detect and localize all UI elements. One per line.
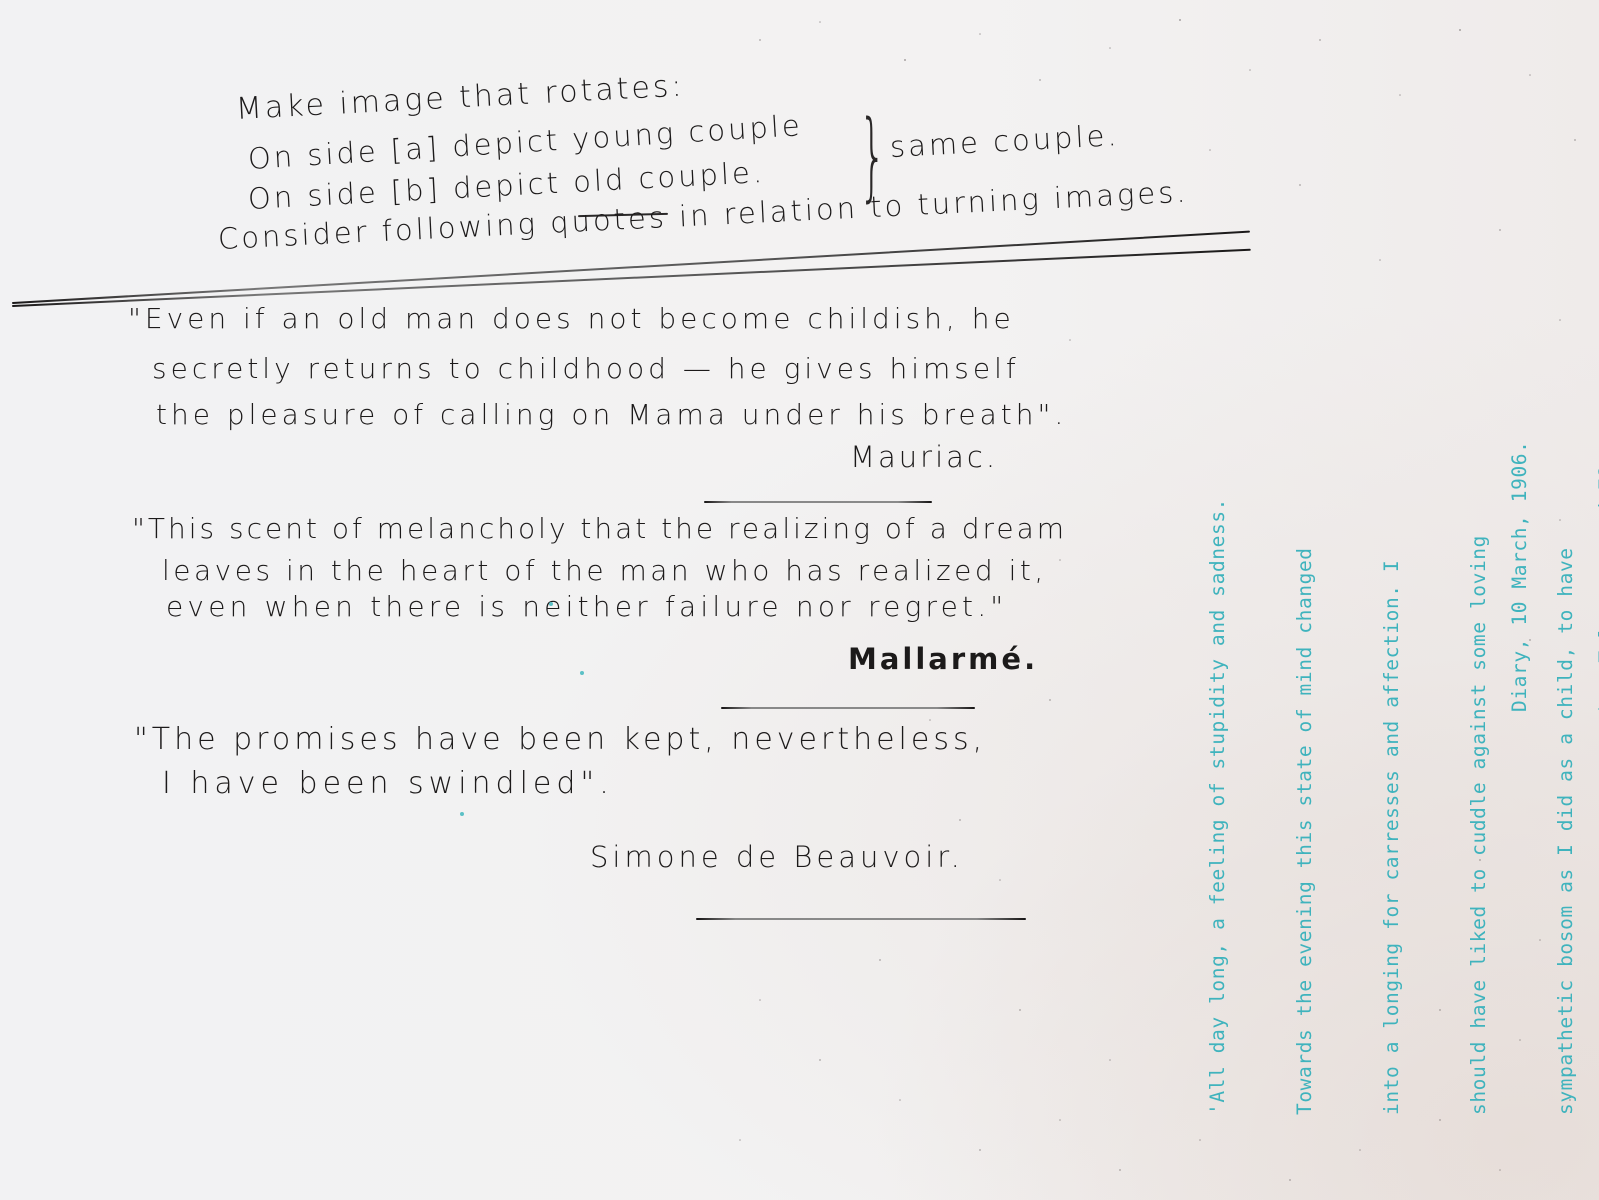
quote-2-author: Mallarmé.: [848, 642, 1038, 676]
divider-rule-lower: [12, 249, 1251, 307]
quote-separator-1: [704, 501, 932, 503]
ink-dot: [580, 671, 584, 675]
note-line-make-image: Make image that rotates:: [235, 69, 685, 127]
divider-rule-upper: [12, 231, 1250, 304]
typed-line-2: Towards the evening this state of mind c…: [1290, 498, 1319, 1115]
typed-attribution: Diary, 10 March, 1906. Leo Tolstoy, aged…: [1447, 441, 1599, 712]
quote-3-author: Simone de Beauvoir.: [590, 840, 964, 874]
quote-2-line-3: even when there is neither failure nor r…: [166, 590, 1007, 623]
quote-2-line-1: "This scent of melancholy that the reali…: [132, 512, 1067, 545]
note-brace-same-couple: same couple.: [889, 118, 1120, 164]
typed-line-3: into a longing for carresses and affecti…: [1377, 498, 1406, 1115]
paper-page: Make image that rotates: On side [a] dep…: [0, 0, 1599, 1200]
attribution-diary-date: Diary, 10 March, 1906.: [1505, 441, 1534, 712]
quote-1-line-2: secretly returns to childhood — he gives…: [152, 352, 1020, 385]
quote-1-author: Mauriac.: [850, 440, 998, 474]
quote-3-line-1: "The promises have been kept, neverthele…: [134, 722, 986, 757]
ink-dot: [549, 602, 553, 606]
quote-separator-3: [696, 918, 1026, 920]
ink-dot: [460, 812, 464, 816]
quote-3-line-2: I have been swindled".: [162, 766, 614, 801]
quote-1-line-3: the pleasure of calling on Mama under hi…: [156, 398, 1067, 431]
quote-1-line-1: "Even if an old man does not become chil…: [128, 302, 1015, 335]
quote-separator-2: [721, 707, 975, 709]
quote-2-line-2: leaves in the heart of the man who has r…: [162, 554, 1047, 587]
attribution-author: Leo Tolstoy, aged 78.: [1592, 441, 1599, 712]
typed-line-1: 'All day long, a feeling of stupidity an…: [1203, 498, 1232, 1115]
